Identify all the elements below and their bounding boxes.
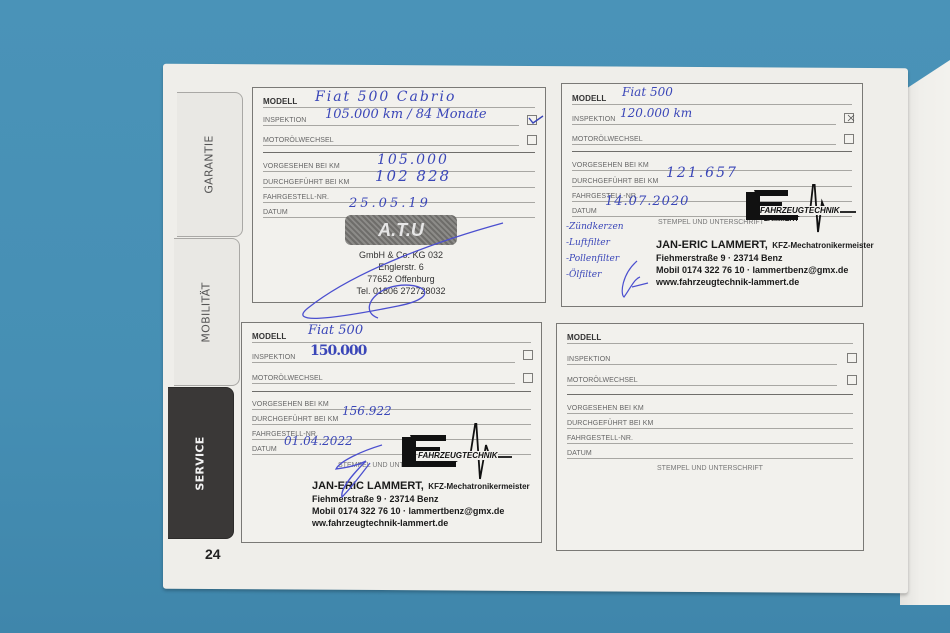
note-item: -Luftfilter bbox=[566, 235, 624, 251]
note-item: -Zündkerzen bbox=[566, 219, 624, 235]
motoroel-checkbox[interactable] bbox=[847, 375, 857, 385]
stamp-title: KFZ-Mechatronikermeister bbox=[428, 482, 529, 491]
datum-label: DATUM bbox=[567, 450, 592, 457]
checkmark-icon bbox=[527, 113, 547, 129]
divider bbox=[252, 391, 531, 392]
motoroel-row[interactable]: MOTORÖLWECHSEL bbox=[263, 130, 519, 146]
page-number: 24 bbox=[205, 546, 221, 562]
datum-label: DATUM bbox=[252, 446, 277, 453]
inspektion-label: INSPEKTION bbox=[567, 356, 610, 363]
durchgefuehrt-label: DURCHGEFÜHRT BEI KM bbox=[252, 416, 338, 423]
logo-text-top: FAHRZEUGTECHNIK bbox=[418, 451, 498, 460]
modell-label: MODELL bbox=[252, 332, 286, 341]
modell-row[interactable]: MODELL bbox=[252, 327, 531, 343]
inspektion-row[interactable]: INSPEKTION bbox=[572, 109, 836, 125]
modell-value: Fiat 500 bbox=[308, 323, 363, 338]
modell-label: MODELL bbox=[572, 94, 606, 103]
modell-row[interactable]: MODELL bbox=[572, 89, 852, 105]
inspektion-checkbox[interactable] bbox=[523, 350, 533, 360]
durchgefuehrt-value: 102 828 bbox=[375, 167, 451, 185]
service-entry-card-2: MODELL INSPEKTION MOTORÖLWECHSEL VORGESE… bbox=[561, 83, 863, 307]
tab-garantie[interactable]: GARANTIE bbox=[177, 92, 243, 237]
motoroel-checkbox[interactable] bbox=[523, 373, 533, 383]
fahrgestell-label: FAHRGESTELL-NR. bbox=[567, 435, 633, 442]
modell-label: MODELL bbox=[263, 97, 297, 106]
motoroel-label: MOTORÖLWECHSEL bbox=[567, 377, 638, 384]
durchgefuehrt-value: 121.657 bbox=[666, 165, 738, 181]
tab-mobilitaet-label: MOBILITÄT bbox=[200, 282, 213, 342]
motoroel-checkbox[interactable] bbox=[844, 134, 854, 144]
inspektion-value: 150.000 bbox=[310, 343, 366, 359]
modell-row[interactable]: MODELL bbox=[567, 328, 853, 344]
vorgesehen-label: VORGESEHEN BEI KM bbox=[252, 401, 329, 408]
inspektion-row[interactable]: INSPEKTION bbox=[567, 349, 837, 365]
lammert-stamp-text: JAN-ERIC LAMMERT, KFZ-Mechatronikermeist… bbox=[656, 238, 874, 288]
fahrgestell-label: FAHRGESTELL-NR. bbox=[263, 194, 329, 201]
vorgesehen-label: VORGESEHEN BEI KM bbox=[567, 405, 644, 412]
durchgefuehrt-label: DURCHGEFÜHRT BEI KM bbox=[572, 178, 658, 185]
motoroel-label: MOTORÖLWECHSEL bbox=[572, 136, 643, 143]
stamp-web: ww.fahrzeugtechnik-lammert.de bbox=[312, 517, 530, 529]
inspektion-checkbox[interactable] bbox=[847, 353, 857, 363]
datum-label: DATUM bbox=[572, 208, 597, 215]
fahrgestell-row[interactable]: FAHRGESTELL-NR. bbox=[567, 428, 853, 444]
divider bbox=[572, 151, 852, 152]
stamp-address: Fiehmerstraße 9 · 23714 Benz bbox=[656, 252, 874, 264]
inspektion-label: INSPEKTION bbox=[572, 116, 615, 123]
tab-service-label: SERVICE bbox=[194, 436, 207, 490]
logo-text-top: FAHRZEUGTECHNIK bbox=[760, 206, 840, 215]
vorgesehen-row[interactable]: VORGESEHEN BEI KM bbox=[567, 398, 853, 414]
stamp-phone: Mobil 0174 322 76 10 · lammertbenz@gmx.d… bbox=[312, 505, 530, 517]
signature-icon bbox=[322, 441, 392, 501]
vorgesehen-value: 105.000 bbox=[377, 152, 449, 168]
logo-text-bottom: LAMMERT bbox=[764, 216, 799, 223]
inspektion-value: 105.000 km / 84 Monate bbox=[325, 107, 487, 122]
datum-row[interactable]: DATUM bbox=[567, 443, 853, 459]
motoroel-checkbox[interactable] bbox=[527, 135, 537, 145]
service-entry-card-3: MODELL INSPEKTION MOTORÖLWECHSEL VORGESE… bbox=[241, 322, 542, 543]
signature-icon bbox=[612, 259, 652, 299]
logo-text-bottom: LAMMERT bbox=[422, 461, 457, 468]
inspektion-label: INSPEKTION bbox=[263, 117, 306, 124]
inspektion-value: 120.000 km bbox=[620, 106, 692, 120]
vorgesehen-label: VORGESEHEN BEI KM bbox=[263, 163, 340, 170]
stamp-phone: Mobil 0174 322 76 10 · lammertbenz@gmx.d… bbox=[656, 264, 874, 276]
stamp-name: JAN-ERIC LAMMERT, bbox=[656, 239, 768, 251]
service-entry-card-4: MODELL INSPEKTION MOTORÖLWECHSEL VORGESE… bbox=[556, 323, 864, 551]
modell-value: Fiat 500 bbox=[622, 85, 673, 99]
durchgefuehrt-label: DURCHGEFÜHRT BEI KM bbox=[567, 420, 653, 427]
durchgefuehrt-value: 156.922 bbox=[342, 404, 392, 418]
durchgefuehrt-label: DURCHGEFÜHRT BEI KM bbox=[263, 179, 349, 186]
motoroel-row[interactable]: MOTORÖLWECHSEL bbox=[567, 370, 837, 386]
divider bbox=[567, 394, 853, 395]
inspektion-label: INSPEKTION bbox=[252, 354, 295, 361]
datum-label: DATUM bbox=[263, 209, 288, 216]
service-entry-card-1: MODELL INSPEKTION MOTORÖLWECHSEL VORGESE… bbox=[252, 87, 546, 303]
stamp-web: www.fahrzeugtechnik-lammert.de bbox=[656, 276, 874, 288]
durchgefuehrt-row[interactable]: DURCHGEFÜHRT BEI KM bbox=[567, 413, 853, 429]
tab-mobilitaet[interactable]: MOBILITÄT bbox=[174, 238, 240, 386]
vorgesehen-label: VORGESEHEN BEI KM bbox=[572, 162, 649, 169]
motoroel-label: MOTORÖLWECHSEL bbox=[252, 375, 323, 382]
motoroel-row[interactable]: MOTORÖLWECHSEL bbox=[252, 368, 515, 384]
modell-label: MODELL bbox=[567, 333, 601, 342]
motoroel-row[interactable]: MOTORÖLWECHSEL bbox=[572, 129, 836, 145]
tab-service[interactable]: SERVICE bbox=[168, 387, 234, 539]
checkmark-icon bbox=[846, 113, 856, 123]
datum-value: 25.05.19 bbox=[349, 196, 431, 211]
motoroel-label: MOTORÖLWECHSEL bbox=[263, 137, 334, 144]
inspektion-row[interactable]: INSPEKTION bbox=[252, 347, 515, 363]
stempel-label: STEMPEL UND UNTERSCHRIFT bbox=[657, 465, 763, 472]
lammert-logo: FAHRZEUGTECHNIK LAMMERT bbox=[738, 184, 858, 234]
stamp-title: KFZ-Mechatronikermeister bbox=[772, 241, 873, 250]
datum-value: 14.07.2020 bbox=[605, 194, 689, 209]
signature-icon bbox=[268, 218, 508, 328]
tab-garantie-label: GARANTIE bbox=[203, 135, 216, 193]
modell-value: Fiat 500 Cabrio bbox=[315, 89, 456, 105]
lammert-logo: FAHRZEUGTECHNIK LAMMERT bbox=[400, 423, 520, 473]
